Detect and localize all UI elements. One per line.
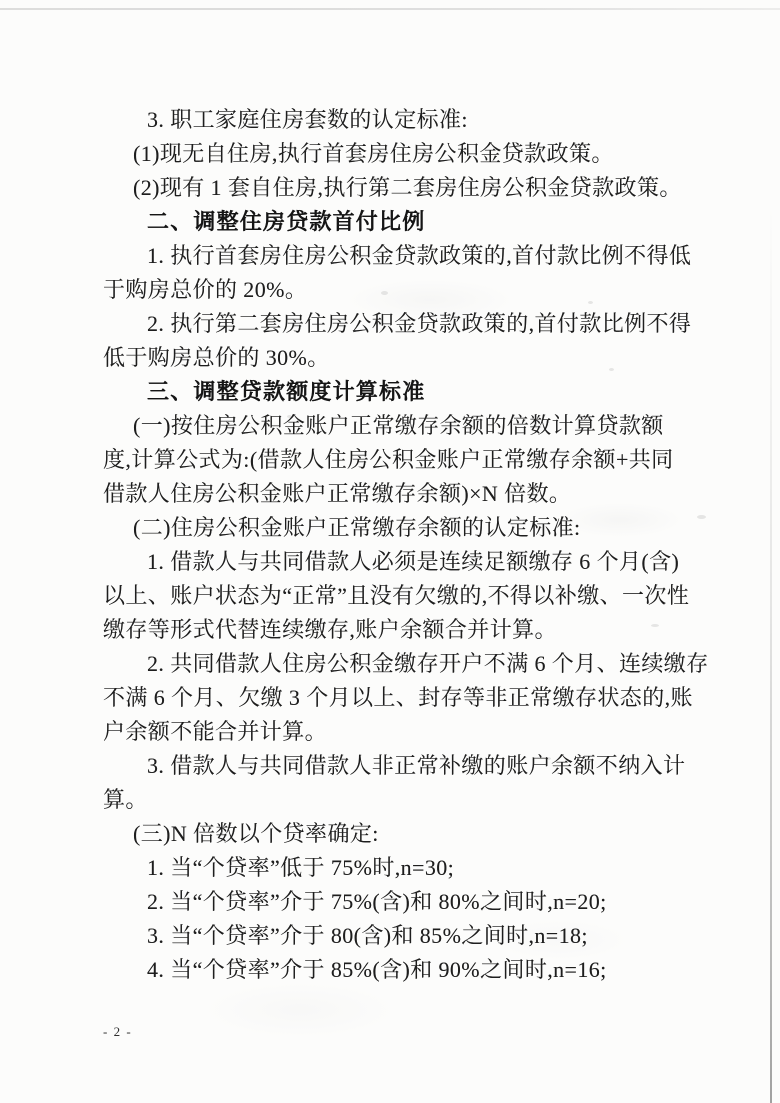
document-body: 3. 职工家庭住房套数的认定标准: (1)现无自住房,执行首套房住房公积金贷款政… [103,103,718,987]
text-line-balance-2b: 不满 6 个月、欠缴 3 个月以上、封存等非正常缴存状态的,账 [103,681,718,715]
text-line-downpayment-1b: 于购房总价的 20%。 [103,273,718,307]
text-line-formula-c: 借款人住房公积金账户正常缴存余额)×N 倍数。 [103,477,718,511]
text-line-balance-1c: 缴存等形式代替连续缴存,账户余额合并计算。 [103,613,718,647]
section-heading-2: 二、调整住房贷款首付比例 [103,205,718,239]
text-line-n-multiplier: (三)N 倍数以个贷率确定: [103,817,718,851]
text-line-item3-criteria: 3. 职工家庭住房套数的认定标准: [103,103,718,137]
text-line-downpayment-2a: 2. 执行第二套房住房公积金贷款政策的,首付款比例不得 [103,307,718,341]
text-line-formula-a: (一)按住房公积金账户正常缴存余额的倍数计算贷款额 [103,409,718,443]
section-heading-3: 三、调整贷款额度计算标准 [103,375,718,409]
text-line-balance-2c: 户余额不能合并计算。 [103,715,718,749]
text-line-rate-rule-3: 3. 当“个贷率”介于 80(含)和 85%之间时,n=18; [103,919,718,953]
text-line-balance-criteria: (二)住房公积金账户正常缴存余额的认定标准: [103,511,718,545]
text-line-downpayment-1a: 1. 执行首套房住房公积金贷款政策的,首付款比例不得低 [103,239,718,273]
page-number: - 2 - [103,1022,132,1042]
text-line-balance-1b: 以上、账户状态为“正常”且没有欠缴的,不得以补缴、一次性 [103,579,718,613]
text-line-criteria-1: (1)现无自住房,执行首套房住房公积金贷款政策。 [103,137,718,171]
text-line-rate-rule-1: 1. 当“个贷率”低于 75%时,n=30; [103,851,718,885]
text-line-criteria-2: (2)现有 1 套自住房,执行第二套房住房公积金贷款政策。 [103,171,718,205]
text-line-balance-3a: 3. 借款人与共同借款人非正常补缴的账户余额不纳入计 [103,749,718,783]
text-line-formula-b: 度,计算公式为:(借款人住房公积金账户正常缴存余额+共同 [103,443,718,477]
scan-edge-right-line [770,205,772,1103]
scanned-document-page: 3. 职工家庭住房套数的认定标准: (1)现无自住房,执行首套房住房公积金贷款政… [0,0,780,1103]
text-line-balance-3b: 算。 [103,783,718,817]
text-line-rate-rule-2: 2. 当“个贷率”介于 75%(含)和 80%之间时,n=20; [103,885,718,919]
text-line-balance-1a: 1. 借款人与共同借款人必须是连续足额缴存 6 个月(含) [103,545,718,579]
text-line-rate-rule-4: 4. 当“个贷率”介于 85%(含)和 90%之间时,n=16; [103,953,718,987]
text-line-balance-2a: 2. 共同借款人住房公积金缴存开户不满 6 个月、连续缴存 [103,647,718,681]
text-line-downpayment-2b: 低于购房总价的 30%。 [103,341,718,375]
scan-edge-top-line [0,8,780,10]
